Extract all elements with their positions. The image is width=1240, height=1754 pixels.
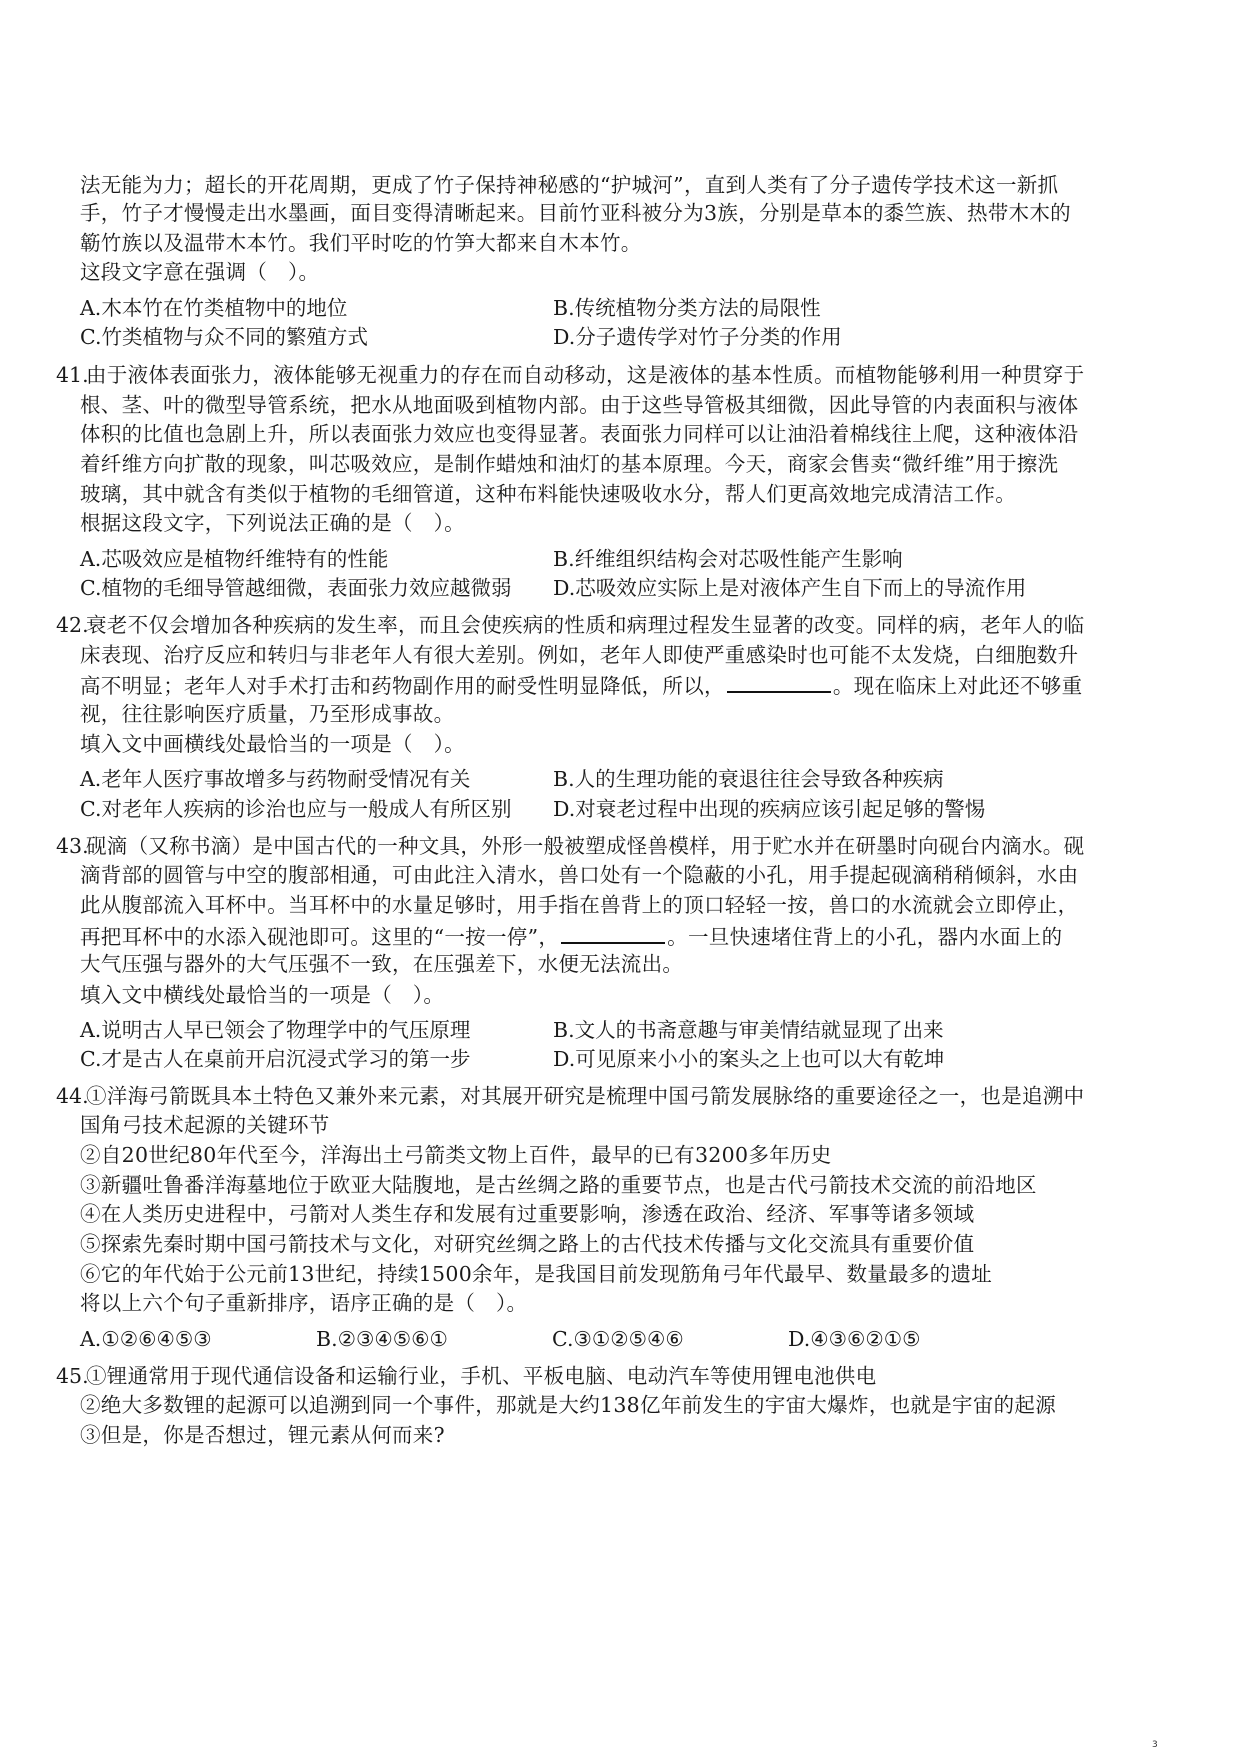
passage-line: 砚滴（又称书滴）是中国古代的一种文具，外形一般被塑成怪兽模样，用于贮水并在研墨时… <box>86 831 1084 861</box>
passage-line: 法无能为力；超长的开花周期，更成了竹子保持神秘感的“护城河”，直到人类有了分子遗… <box>80 170 1058 200</box>
question-prompt: 填入文中横线处最恰当的一项是（ ）。 <box>80 980 444 1010</box>
option-a: A.老年人医疗事故增多与药物耐受情况有关 <box>80 764 470 794</box>
option-a: A.①②⑥④⑤③ <box>80 1324 212 1354</box>
question-number: 45. <box>56 1361 89 1391</box>
option-b: B.传统植物分类方法的局限性 <box>553 293 821 323</box>
option-d: D.可见原来小小的案头之上也可以大有乾坤 <box>553 1044 944 1074</box>
sentence-line: ①锂通常用于现代通信设备和运输行业，手机、平板电脑、电动汽车等使用锂电池供电 <box>86 1361 876 1391</box>
question-number: 41. <box>56 360 89 390</box>
option-c: C.植物的毛细导管越细微，表面张力效应越微弱 <box>80 573 511 603</box>
passage-text: 。现在临床上对此还不够重 <box>833 674 1083 698</box>
passage-text: 。一旦快速堵住背上的小孔，器内水面上的 <box>667 925 1062 949</box>
question-prompt: 填入文中画横线处最恰当的一项是（ ）。 <box>80 729 465 759</box>
option-d: D.芯吸效应实际上是对液体产生自下而上的导流作用 <box>553 573 1026 603</box>
option-c: C.对老年人疾病的诊治也应与一般成人有所区别 <box>80 794 511 824</box>
sentence-line: ④在人类历史进程中，弓箭对人类生存和发展有过重要影响，渗透在政治、经济、军事等诸… <box>80 1199 974 1229</box>
question-prompt: 这段文字意在强调（ ）。 <box>80 257 319 287</box>
sentence-line: 国角弓技术起源的关键环节 <box>80 1110 330 1140</box>
passage-line: 衰老不仅会增加各种疾病的发生率，而且会使疾病的性质和病理过程发生显著的改变。同样… <box>86 610 1084 640</box>
passage-line: 根、茎、叶的微型导管系统，把水从地面吸到植物内部。由于这些导管极其细微，因此导管… <box>80 390 1078 420</box>
sentence-line: ③但是，你是否想过，锂元素从何而来? <box>80 1420 445 1450</box>
passage-line: 大气压强与器外的大气压强不一致，在压强差下，水便无法流出。 <box>80 949 683 979</box>
sentence-line: ①洋海弓箭既具本土特色又兼外来元素，对其展开研究是梳理中国弓箭发展脉络的重要途径… <box>86 1081 1084 1111</box>
question-prompt: 将以上六个句子重新排序，语序正确的是（ ）。 <box>80 1288 527 1318</box>
sentence-line: ⑥它的年代始于公元前13世纪，持续1500余年，是我国目前发现筋角弓年代最早、数… <box>80 1259 992 1289</box>
sentence-line: ②绝大多数锂的起源可以追溯到同一个事件，那就是大约138亿年前发生的宇宙大爆炸，… <box>80 1390 1056 1420</box>
question-prompt: 根据这段文字，下列说法正确的是（ ）。 <box>80 508 465 538</box>
passage-text: 再把耳杯中的水添入砚池即可。这里的“一按一停”， <box>80 925 559 949</box>
option-b: B.②③④⑤⑥① <box>316 1324 448 1354</box>
fill-in-blank <box>561 920 665 944</box>
passage-line: 着纤维方向扩散的现象，叫芯吸效应，是制作蜡烛和油灯的基本原理。今天，商家会售卖“… <box>80 449 1058 479</box>
option-c: C.竹类植物与众不同的繁殖方式 <box>80 322 368 352</box>
passage-text: 高不明显；老年人对手术打击和药物副作用的耐受性明显降低，所以， <box>80 674 725 698</box>
sentence-line: ③新疆吐鲁番洋海墓地位于欧亚大陆腹地，是古丝绸之路的重要节点，也是古代弓箭技术交… <box>80 1170 1037 1200</box>
page-number: 3 <box>1152 1740 1158 1750</box>
passage-line: 高不明显；老年人对手术打击和药物副作用的耐受性明显降低，所以，。现在临床上对此还… <box>80 669 1082 701</box>
passage-line: 玻璃，其中就含有类似于植物的毛细管道，这种布料能快速吸收水分，帮人们更高效地完成… <box>80 479 1016 509</box>
option-a: A.芯吸效应是植物纤维特有的性能 <box>80 544 388 574</box>
option-d: D.对衰老过程中出现的疾病应该引起足够的警惕 <box>553 794 985 824</box>
passage-line: 再把耳杯中的水添入砚池即可。这里的“一按一停”，。一旦快速堵住背上的小孔，器内水… <box>80 920 1062 952</box>
passage-line: 视，往往影响医疗质量，乃至形成事故。 <box>80 699 454 729</box>
option-c: C.才是古人在桌前开启沉浸式学习的第一步 <box>80 1044 470 1074</box>
passage-line: 手，竹子才慢慢走出水墨画，面目变得清晰起来。目前竹亚科被分为3族，分别是草本的黍… <box>80 198 1071 228</box>
sentence-line: ②自20世纪80年代至今，洋海出土弓箭类文物上百件，最早的已有3200多年历史 <box>80 1140 832 1170</box>
exam-page: 法无能为力；超长的开花周期，更成了竹子保持神秘感的“护城河”，直到人类有了分子遗… <box>0 0 1240 1754</box>
sentence-line: ⑤探索先秦时期中国弓箭技术与文化，对研究丝绸之路上的古代技术传播与文化交流具有重… <box>80 1229 974 1259</box>
passage-line: 由于液体表面张力，液体能够无视重力的存在而自动移动，这是液体的基本性质。而植物能… <box>86 360 1084 390</box>
option-b: B.文人的书斋意趣与审美情结就显现了出来 <box>553 1015 944 1045</box>
option-b: B.纤维组织结构会对芯吸性能产生影响 <box>553 544 903 574</box>
fill-in-blank <box>727 669 831 693</box>
option-b: B.人的生理功能的衰退往往会导致各种疾病 <box>553 764 944 794</box>
option-c: C.③①②⑤④⑥ <box>552 1324 684 1354</box>
option-d: D.④③⑥②①⑤ <box>788 1324 921 1354</box>
passage-line: 体积的比值也急剧上升，所以表面张力效应也变得显著。表面张力同样可以让油沿着棉线往… <box>80 419 1078 449</box>
passage-line: 簕竹族以及温带木本竹。我们平时吃的竹笋大都来自木本竹。 <box>80 228 642 258</box>
passage-line: 此从腹部流入耳杯中。当耳杯中的水量足够时，用手指在兽背上的顶口轻轻一按，兽口的水… <box>80 890 1078 920</box>
option-d: D.分子遗传学对竹子分类的作用 <box>553 322 842 352</box>
question-number: 42. <box>56 610 89 640</box>
question-number: 44. <box>56 1081 89 1111</box>
question-number: 43. <box>56 831 89 861</box>
option-a: A.说明古人早已领会了物理学中的气压原理 <box>80 1015 470 1045</box>
passage-line: 滴背部的圆管与中空的腹部相通，可由此注入清水，兽口处有一个隐蔽的小孔，用手提起砚… <box>80 860 1078 890</box>
passage-line: 床表现、治疗反应和转归与非老年人有很大差别。例如，老年人即使严重感染时也可能不太… <box>80 640 1078 670</box>
option-a: A.木本竹在竹类植物中的地位 <box>80 293 347 323</box>
